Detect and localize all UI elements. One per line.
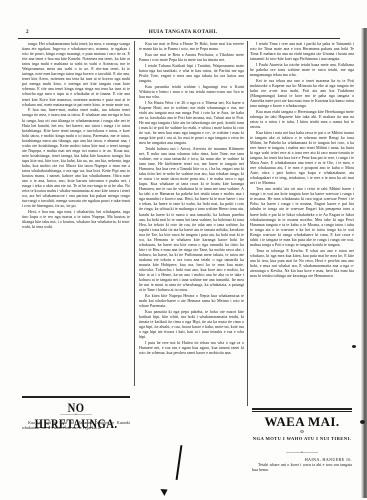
column-3: I tetahi Tima i rere ana mai i pariki ka… [250, 41, 354, 401]
ornament-divider: ———•——— [22, 413, 130, 418]
newspaper-page: 2 HUIA TANGATA KOTAHI. tanga. Hei whakam… [0, 0, 367, 500]
article-paragraph: Kei te rua tekau ma ono o tenei marama k… [250, 78, 354, 108]
article-paragraph: Kua kitea i naia nei kua kaha rawa te pa… [250, 130, 354, 186]
article-paragraph: I Na Hauta Wera i te 26 o nga ra o Tihem… [139, 100, 244, 145]
header-rule [18, 38, 340, 39]
article-paragraph: Tetahi whare uni o korei i waru ia ahi e… [252, 462, 352, 472]
article-paragraph: I tetahi Tima i rere ana mai i pariki ka… [250, 41, 354, 61]
article-paragraph: I tetahi Tuhana Katikati hipi i Tanitini… [139, 63, 244, 83]
article-paragraph: Heoi, e hoa ma, nga mea, i whakaritia, h… [22, 209, 130, 229]
scan-speck [352, 345, 356, 348]
article-paragraph: Tera ano tetahi 'ata oti ano i reira te … [250, 186, 354, 247]
section-rule [22, 396, 130, 398]
section-rule-thin [252, 411, 352, 412]
article-paragraph: tanga. Hei whakamarama hoki tenei; ka me… [22, 41, 130, 107]
section-rule [252, 408, 352, 410]
article-paragraph: Kua tae mai te Reta a Anaria Pewhaira, o… [139, 52, 244, 62]
scan-mark [160, 486, 169, 496]
page-header: 2 HUIA TANGATA KOTAHI. [18, 28, 348, 37]
article-paragraph: I puta he rere nui ki Haitea ite tekau m… [139, 340, 244, 355]
waea-body: Tetahi whare uni o korei i waru ia ahi e… [252, 462, 352, 472]
newspaper-title: HUIA TANGATA KOTAHI. [18, 29, 348, 35]
scan-speck [360, 420, 365, 424]
article-paragraph: E hoa ma, haere-mai, mahia tenei mahi, t… [22, 107, 130, 208]
article-paragraph: Tetahi kohuru nui i Ariroi, Atereria ite… [139, 146, 244, 292]
article-paragraph: Kua paranitia tetahi wahine i Ingarangi … [139, 84, 244, 99]
column-divider [134, 41, 135, 386]
no-heretaunga-body: Kua tae mai te Reta ate Makarini Tamarea… [22, 420, 130, 430]
article-paragraph: Kua mau etahi tangata o Heretaunga kite … [250, 109, 354, 129]
ornament-divider: ———•——— [252, 451, 352, 456]
article-paragraph: Kua tae mai te Reta ate Makarini Tamarea… [22, 420, 130, 430]
separator-mark: O [252, 429, 352, 434]
article-paragraph: I Paahi Atareria ka totohe tetahi kuaa m… [250, 62, 354, 77]
article-paragraph: Kua panuitia ki nga pepa pakeha, te hoko… [139, 309, 244, 339]
section-heading-waea-mai: WAEA MAI. [252, 414, 352, 430]
scan-mark [176, 445, 182, 480]
scan-binding-edge [361, 28, 367, 498]
column-divider [247, 41, 248, 406]
article-paragraph: Tena ra tohonga E Kewha. E whai ata ano … [250, 248, 354, 278]
waea-subheading: NGA MOTU I WAHO ATU I NUI TIRENI. [252, 436, 352, 442]
column-1: tanga. Hei whakamarama hoki tenei; ka me… [22, 41, 130, 266]
article-paragraph: Kua tae mai te Reta a Hurae Te Roki, hon… [139, 41, 244, 51]
column-2: Kua tae mai te Reta a Hurae Te Roki, hon… [139, 41, 244, 386]
article-paragraph: Ko kitea kite Nupepa Herara o Nepia kua … [139, 293, 244, 308]
